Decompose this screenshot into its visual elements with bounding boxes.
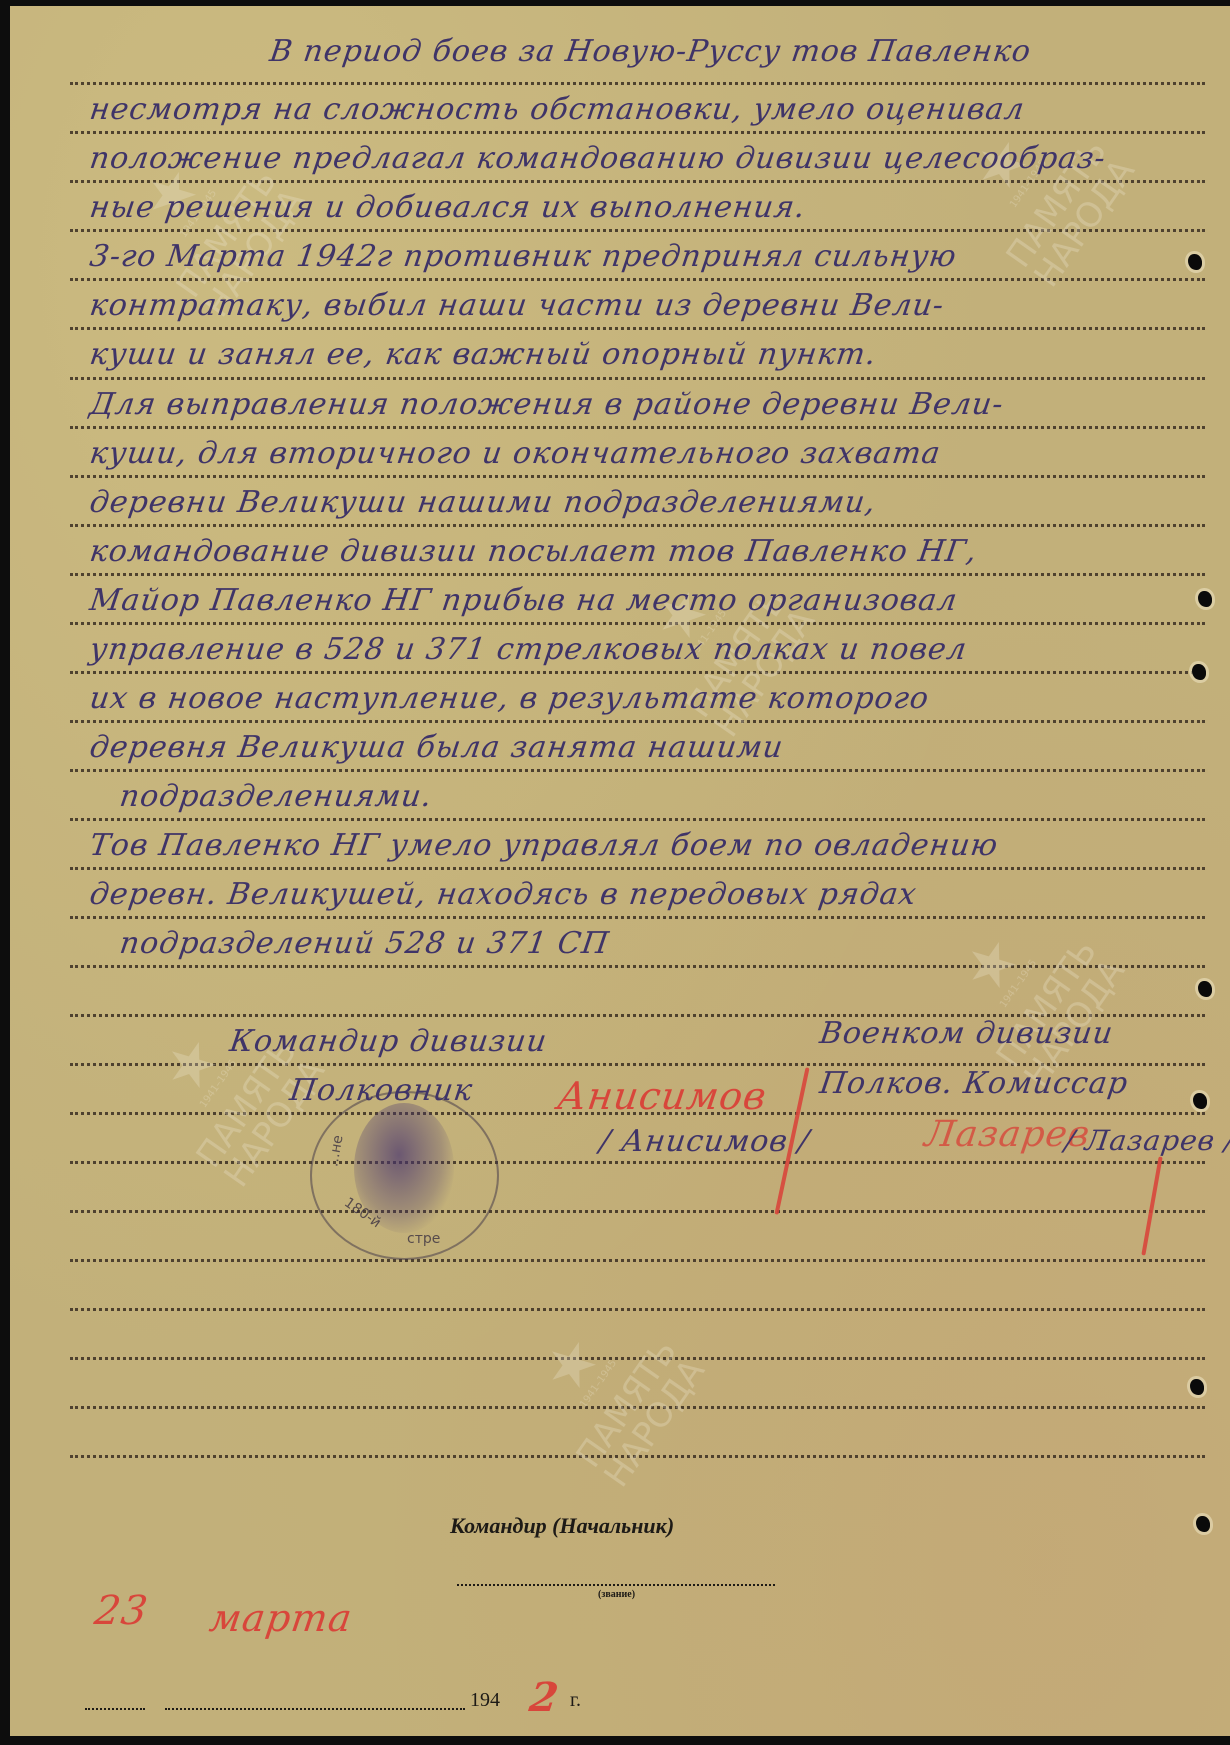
ruled-line (70, 131, 1205, 134)
ruled-line (70, 965, 1205, 968)
binder-hole (1188, 254, 1202, 270)
signature-stroke (1141, 1156, 1162, 1255)
right-signer-title: Военком дивизии (818, 1016, 1116, 1051)
document-page: ★ 1941–1945 ПАМЯТЬ НАРОДА ★ 1941–1945 ПА… (10, 6, 1230, 1736)
body-line: ные решения и добивался их выполнения. (88, 190, 808, 225)
ruled-line (70, 867, 1205, 870)
body-line: положение предлагал командованию дивизии… (88, 141, 1109, 176)
binder-hole (1193, 1093, 1207, 1109)
body-line: Тов Павленко НГ умело управлял боем по о… (88, 828, 1001, 863)
body-line: управление в 528 и 371 стрелковых полках… (88, 632, 970, 667)
body-line: контратаку, выбил наши части из деревни … (88, 288, 947, 323)
ruled-line (70, 1308, 1205, 1311)
body-line: деревня Великуша была занята нашими (88, 730, 786, 765)
binder-hole (1196, 1516, 1210, 1532)
body-line: куши и занял ее, как важный опорный пунк… (88, 337, 879, 372)
ruled-line (70, 573, 1205, 576)
ruled-line (70, 622, 1205, 625)
ruled-line (70, 1210, 1205, 1213)
watermark: ★ 1941–1945 ПАМЯТЬ НАРОДА (515, 1295, 710, 1493)
ruled-line (70, 720, 1205, 723)
right-signer-rank: Полков. Комиссар (818, 1066, 1131, 1101)
ruled-line (70, 1406, 1205, 1409)
left-signer-name: / Анисимов / (598, 1124, 813, 1159)
left-signature: Анисимов (555, 1074, 770, 1118)
ruled-line (70, 278, 1205, 281)
ruled-line (70, 671, 1205, 674)
right-signer-name: / Лазарев / (1063, 1124, 1230, 1157)
binder-hole (1198, 981, 1212, 997)
date-day-line (85, 1708, 145, 1710)
ruled-line (70, 82, 1205, 85)
body-line: 3-го Марта 1942г противник предпринял си… (88, 239, 960, 274)
body-line: куши, для вторичного и окончательного за… (88, 436, 944, 471)
date-month: марта (207, 1596, 355, 1640)
ruled-line (70, 377, 1205, 380)
ruled-line (70, 229, 1205, 232)
ruled-line (70, 180, 1205, 183)
body-line: Майор Павленко НГ прибыв на место органи… (88, 583, 960, 618)
body-line: подразделений 528 и 371 СП (118, 926, 612, 961)
binder-hole (1192, 664, 1206, 680)
left-signer-title: Командир дивизии (228, 1024, 550, 1059)
body-line: их в новое наступление, в результате кот… (88, 681, 932, 716)
official-stamp: …не 180-й стре (310, 1091, 499, 1260)
year-suffix: 2 (527, 1674, 562, 1721)
ruled-line (70, 1357, 1205, 1360)
body-line: командование дивизии посылает тов Павлен… (88, 534, 980, 569)
body-line: Для выправления положения в районе дерев… (88, 387, 1006, 422)
ruled-line (70, 1455, 1205, 1458)
body-line: В период боев за Новую-Руссу тов Павленк… (268, 34, 1034, 69)
year-prefix: 194 (470, 1689, 500, 1712)
body-line: деревни Великуши нашими подразделениями, (88, 485, 879, 520)
year-unit: г. (570, 1689, 581, 1712)
ruled-line (70, 475, 1205, 478)
ruled-line (70, 916, 1205, 919)
ruled-line (70, 524, 1205, 527)
date-month-line (165, 1708, 465, 1710)
left-signer-rank: Полковник (288, 1073, 476, 1108)
ruled-line (70, 426, 1205, 429)
body-line: подразделениями. (118, 779, 435, 814)
ruled-line (70, 327, 1205, 330)
ruled-line (70, 818, 1205, 821)
star-icon: ★ (515, 1295, 627, 1434)
ruled-line (70, 1161, 1205, 1164)
ruled-line (70, 769, 1205, 772)
rank-signature-line (457, 1584, 775, 1586)
rank-caption: (звание) (598, 1589, 635, 1600)
body-line: несмотря на сложность обстановки, умело … (88, 92, 1028, 127)
body-line: деревн. Великушей, находясь в передовых … (88, 877, 920, 912)
date-day: 23 (92, 1588, 151, 1634)
binder-hole (1190, 1379, 1204, 1395)
ruled-line (70, 1259, 1205, 1262)
binder-hole (1198, 591, 1212, 607)
commander-label: Командир (Начальник) (450, 1513, 674, 1539)
